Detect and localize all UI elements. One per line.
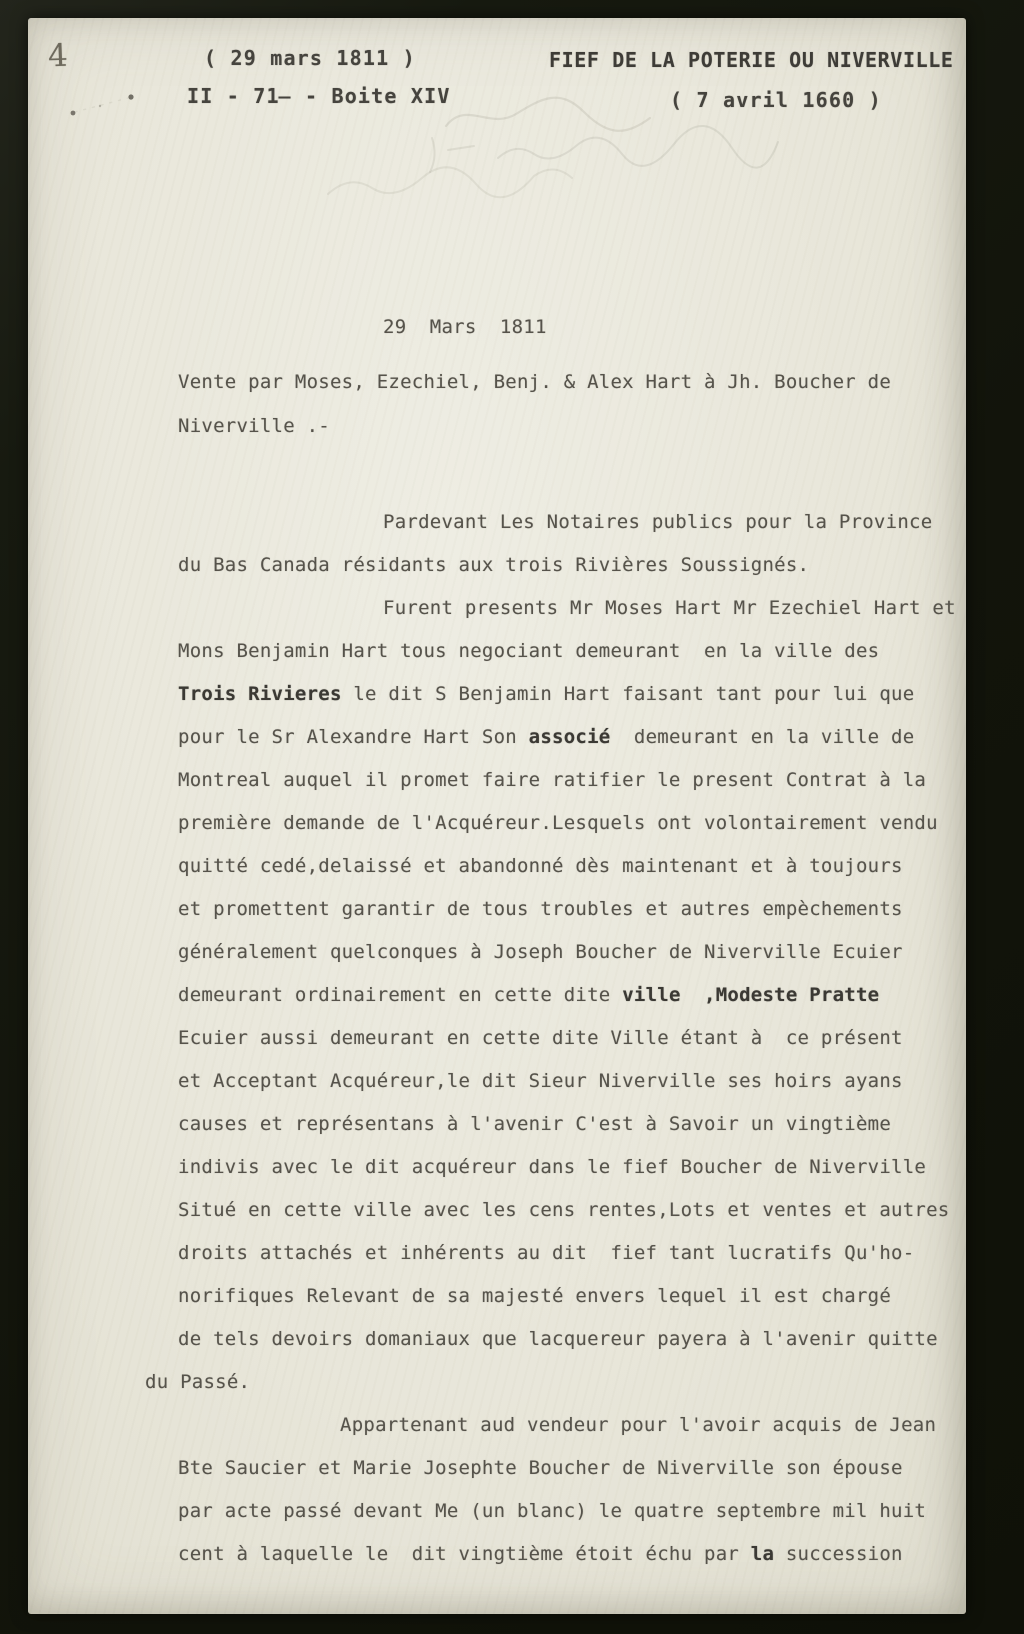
text-segment-bold: ville ,Modeste Pratte (622, 984, 879, 1006)
text-segment: demeurant ordinairement en cette dite (178, 984, 622, 1006)
text-line: Situé en cette ville avec les cens rente… (178, 1198, 949, 1223)
text-line: demeurant ordinairement en cette dite vi… (178, 983, 879, 1008)
text-segment: causes et représentans à l'avenir C'est … (178, 1113, 891, 1135)
text-segment: Montreal auquel il promet faire ratifier… (178, 769, 926, 791)
text-line: du Bas Canada résidants aux trois Rivièr… (178, 553, 809, 578)
text-segment: de tels devoirs domaniaux que lacquereur… (178, 1328, 938, 1350)
text-segment: le dit S Benjamin Hart faisant tant pour… (342, 683, 915, 705)
text-segment: droits attachés et inhérents au dit fief… (178, 1242, 914, 1264)
text-segment: Pardevant Les Notaires publics pour la P… (383, 511, 932, 533)
text-line: Mons Benjamin Hart tous negociant demeur… (178, 639, 879, 664)
text-line: Appartenant aud vendeur pour l'avoir acq… (340, 1413, 936, 1438)
text-segment: Appartenant aud vendeur pour l'avoir acq… (340, 1414, 936, 1436)
text-line: quitté cedé,delaissé et abandonné dès ma… (178, 854, 903, 879)
text-segment: Vente par Moses, Ezechiel, Benj. & Alex … (178, 371, 891, 393)
text-segment: Niverville .- (178, 415, 330, 437)
text-segment: Situé en cette ville avec les cens rente… (178, 1199, 949, 1221)
text-line: Ecuier aussi demeurant en cette dite Vil… (178, 1026, 903, 1051)
text-line: de tels devoirs domaniaux que lacquereur… (178, 1327, 938, 1352)
text-segment: et Acceptant Acquéreur,le dit Sieur Nive… (178, 1070, 903, 1092)
text-segment: succession (774, 1543, 903, 1565)
text-segment-bold: Trois Rivieres (178, 683, 342, 705)
text-segment: généralement quelconques à Joseph Bouche… (178, 941, 903, 963)
text-segment: Furent presents Mr Moses Hart Mr Ezechie… (383, 597, 956, 619)
text-line: causes et représentans à l'avenir C'est … (178, 1112, 891, 1137)
text-line: 29 Mars 1811 (383, 315, 547, 340)
text-segment: norifiques Relevant de sa majesté envers… (178, 1285, 891, 1307)
text-segment: indivis avec le dit acquéreur dans le fi… (178, 1156, 926, 1178)
text-segment: pour le Sr Alexandre Hart Son (178, 726, 529, 748)
text-line: première demande de l'Acquéreur.Lesquels… (178, 811, 938, 836)
text-segment: Bte Saucier et Marie Josephte Boucher de… (178, 1457, 903, 1479)
text-line: Furent presents Mr Moses Hart Mr Ezechie… (383, 596, 956, 621)
text-segment: demeurant en la ville de (611, 726, 915, 748)
text-segment: Ecuier aussi demeurant en cette dite Vil… (178, 1027, 903, 1049)
text-line: droits attachés et inhérents au dit fief… (178, 1241, 914, 1266)
text-line: pour le Sr Alexandre Hart Son associé de… (178, 725, 914, 750)
text-line: Niverville .- (178, 414, 330, 439)
text-line: indivis avec le dit acquéreur dans le fi… (178, 1155, 926, 1180)
text-segment: cent à laquelle le dit vingtième étoit é… (178, 1543, 751, 1565)
text-line: Pardevant Les Notaires publics pour la P… (383, 510, 932, 535)
text-line: et promettent garantir de tous troubles … (178, 897, 903, 922)
text-line: généralement quelconques à Joseph Bouche… (178, 940, 903, 965)
text-line: et Acceptant Acquéreur,le dit Sieur Nive… (178, 1069, 903, 1094)
text-segment: quitté cedé,delaissé et abandonné dès ma… (178, 855, 903, 877)
document-page: 4 ( 29 mars 1811 ) II - 71̶ - Boite XIV … (28, 18, 966, 1614)
text-line: par acte passé devant Me (un blanc) le q… (178, 1499, 926, 1524)
document-body: 29 Mars 1811Vente par Moses, Ezechiel, B… (28, 18, 966, 1614)
text-segment-bold: associé (529, 726, 611, 748)
text-line: Bte Saucier et Marie Josephte Boucher de… (178, 1456, 903, 1481)
text-segment: 29 Mars 1811 (383, 316, 547, 338)
scan-background: 4 ( 29 mars 1811 ) II - 71̶ - Boite XIV … (0, 0, 1024, 1634)
text-segment: Mons Benjamin Hart tous negociant demeur… (178, 640, 879, 662)
text-segment-bold: la (751, 1543, 774, 1565)
text-segment: du Bas Canada résidants aux trois Rivièr… (178, 554, 809, 576)
text-segment: et promettent garantir de tous troubles … (178, 898, 903, 920)
text-line: Montreal auquel il promet faire ratifier… (178, 768, 926, 793)
text-line: du Passé. (145, 1370, 250, 1395)
text-segment: première demande de l'Acquéreur.Lesquels… (178, 812, 938, 834)
text-line: cent à laquelle le dit vingtième étoit é… (178, 1542, 903, 1567)
text-segment: par acte passé devant Me (un blanc) le q… (178, 1500, 926, 1522)
text-line: Trois Rivieres le dit S Benjamin Hart fa… (178, 682, 914, 707)
text-line: norifiques Relevant de sa majesté envers… (178, 1284, 891, 1309)
text-line: Vente par Moses, Ezechiel, Benj. & Alex … (178, 370, 891, 395)
text-segment: du Passé. (145, 1371, 250, 1393)
